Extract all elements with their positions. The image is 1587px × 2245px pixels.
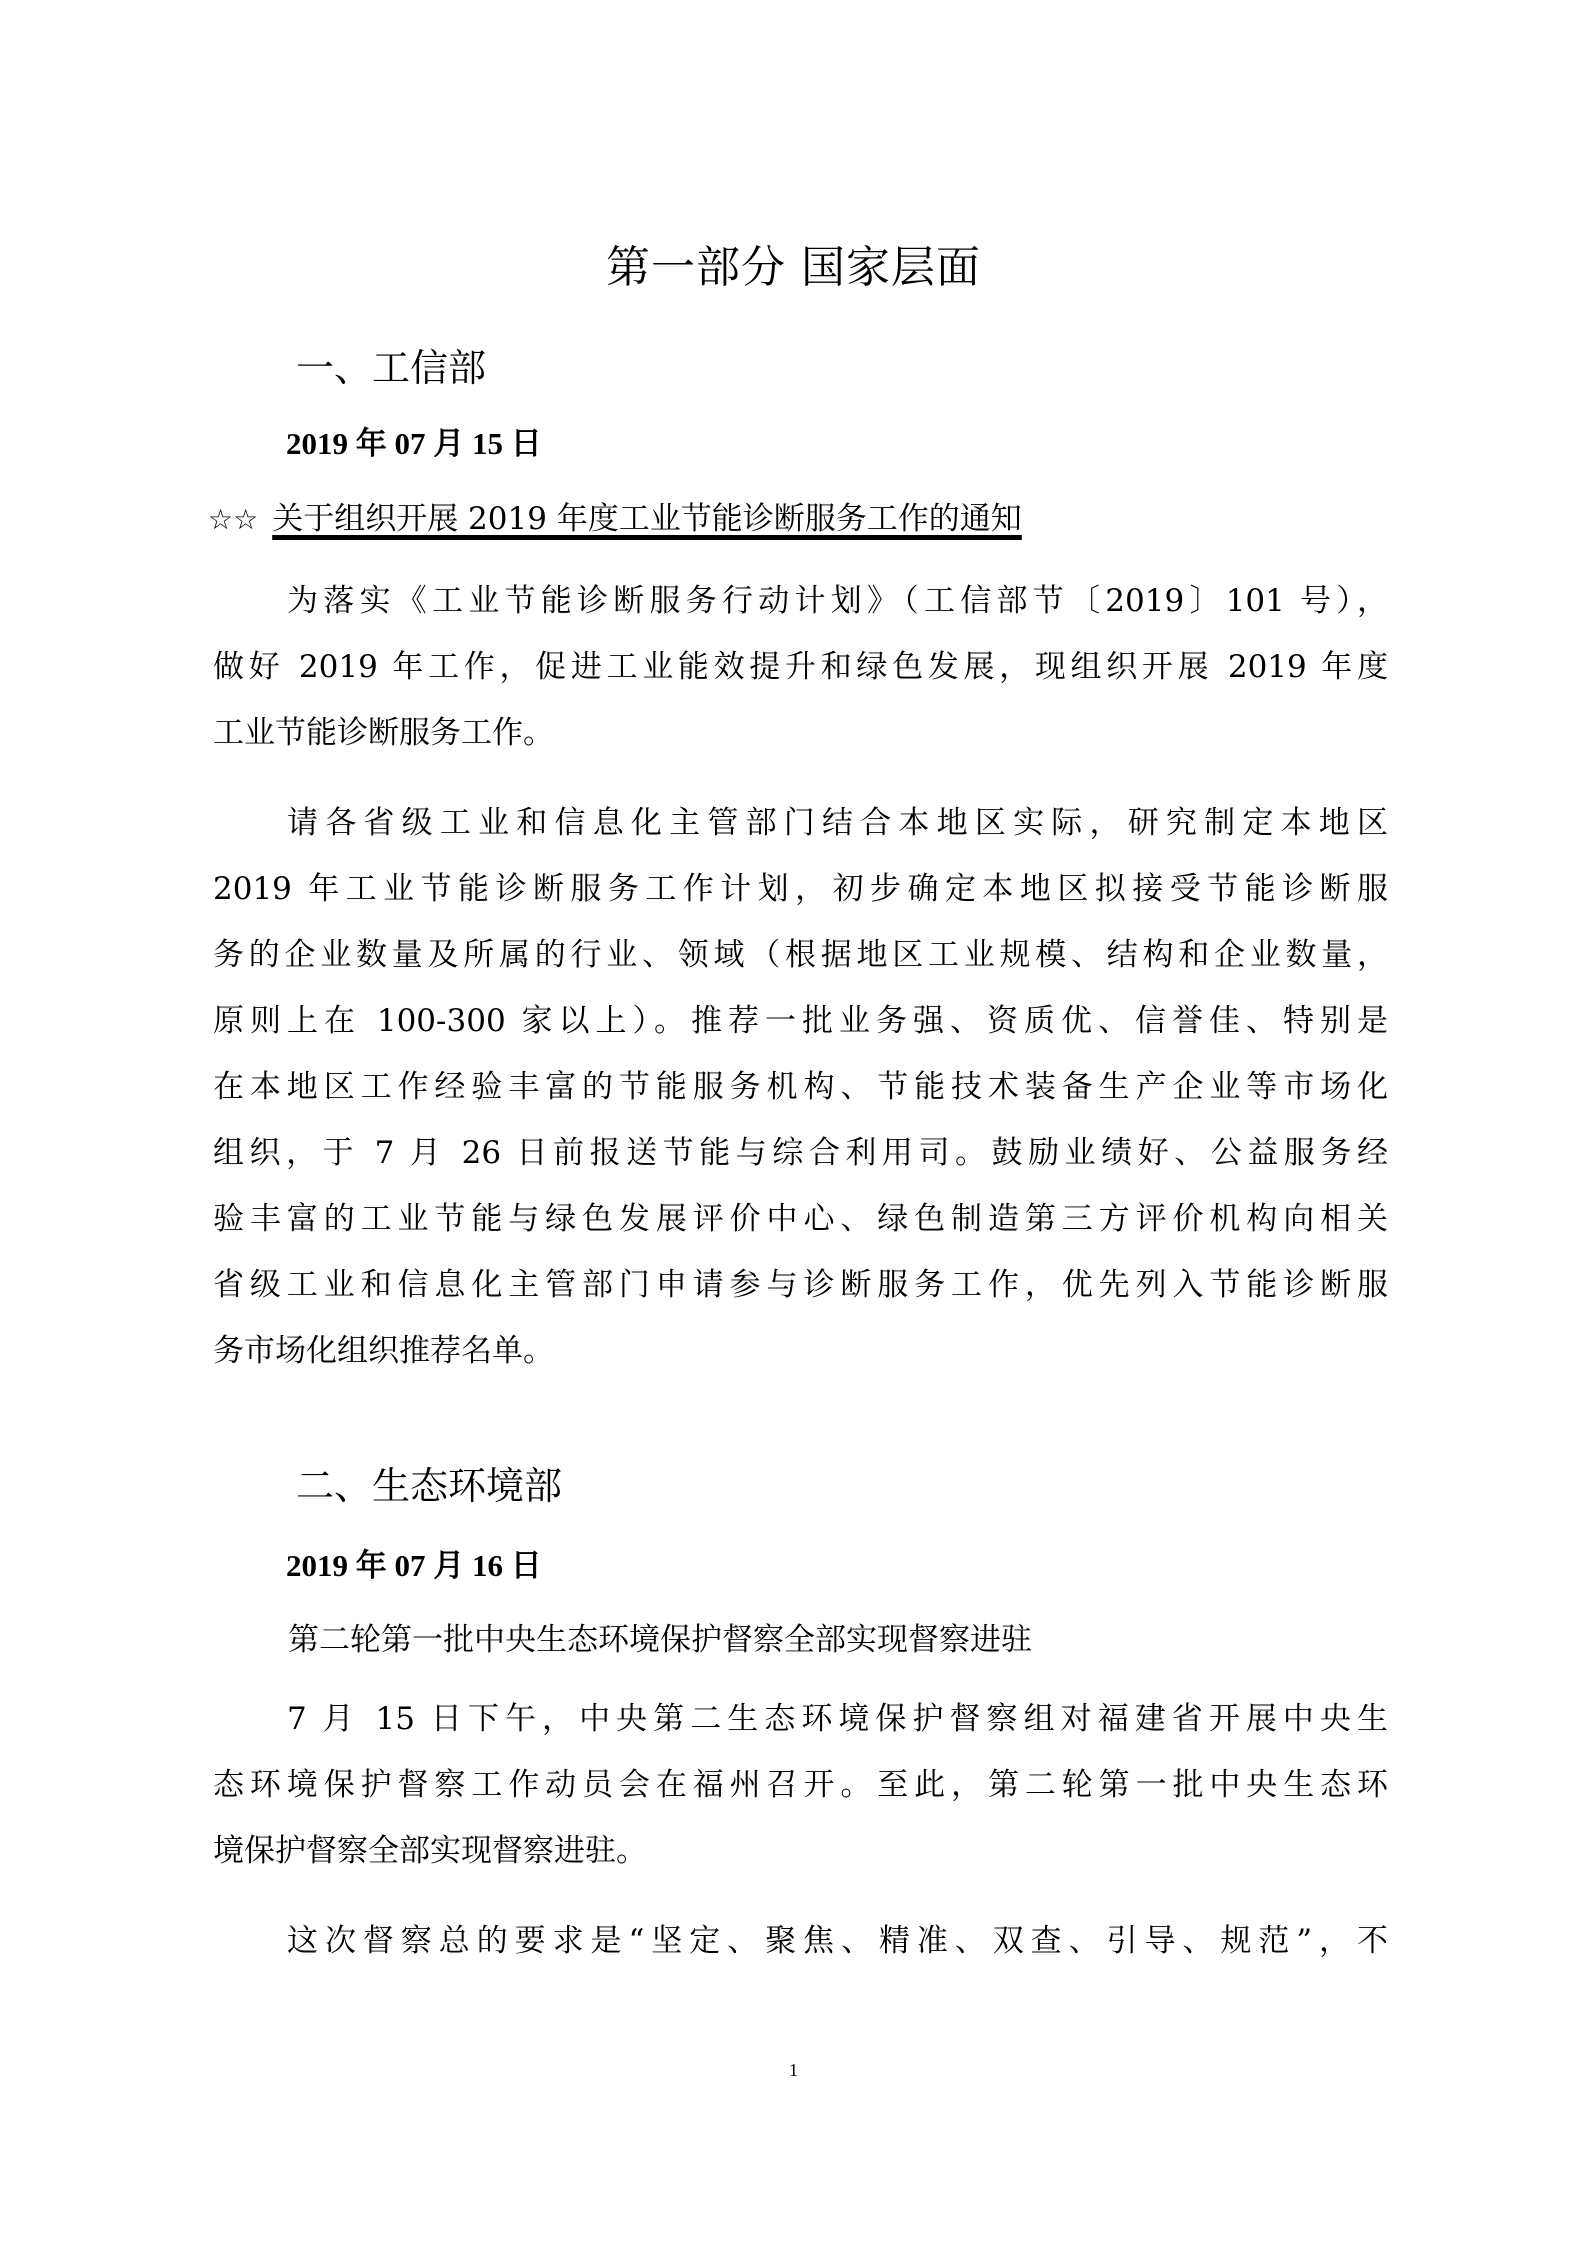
paragraph-line: 验丰富的工业节能与绿色发展评价中心、绿色制造第三方评价机构向相关: [213, 1186, 1388, 1252]
paragraph-line: 在本地区工作经验丰富的节能服务机构、节能技术装备生产企业等市场化: [213, 1054, 1388, 1120]
paragraph-line: 2019 年工业节能诊断服务工作计划，初步确定本地区拟接受节能诊断服: [213, 856, 1388, 922]
section-heading-mee: 二、生态环境部: [296, 1460, 562, 1512]
paragraph-line: 组织，于 7 月 26 日前报送节能与综合利用司。鼓励业绩好、公益服务经: [213, 1120, 1388, 1186]
paragraph-line: 务市场化组织推荐名单。: [213, 1318, 1388, 1384]
paragraph-line: 工业节能诊断服务工作。: [213, 700, 1388, 766]
paragraph-line: 为落实《工业节能诊断服务行动计划》（工信部节〔2019〕101 号），: [213, 568, 1388, 634]
star-icon: ☆☆: [208, 503, 258, 536]
document-page: 第一部分 国家层面 一、工信部 2019 年 07 月 15 日 ☆☆关于组织开…: [0, 0, 1587, 2245]
date-line: 2019 年 07 月 15 日: [286, 422, 542, 466]
page-number: 1: [0, 2058, 1587, 2082]
paragraph: 为落实《工业节能诊断服务行动计划》（工信部节〔2019〕101 号）， 做好 2…: [213, 568, 1388, 766]
date-line: 2019 年 07 月 16 日: [286, 1544, 542, 1588]
paragraph-line: 态环境保护督察工作动员会在福州召开。至此，第二轮第一批中央生态环: [213, 1752, 1388, 1818]
paragraph: 7 月 15 日下午，中央第二生态环境保护督察组对福建省开展中央生 态环境保护督…: [213, 1686, 1388, 1884]
section-heading-miit: 一、工信部: [296, 342, 486, 394]
paragraph-line: 务的企业数量及所属的行业、领域（根据地区工业规模、结构和企业数量，: [213, 922, 1388, 988]
paragraph: 请各省级工业和信息化主管部门结合本地区实际，研究制定本地区 2019 年工业节能…: [213, 790, 1388, 1384]
paragraph: 这次督察总的要求是“坚定、聚焦、精准、双查、引导、规范”，不: [213, 1908, 1388, 1974]
paragraph-line: 这次督察总的要求是“坚定、聚焦、精准、双查、引导、规范”，不: [213, 1908, 1388, 1974]
paragraph-line: 7 月 15 日下午，中央第二生态环境保护督察组对福建省开展中央生: [213, 1686, 1388, 1752]
part-title: 第一部分 国家层面: [0, 238, 1587, 298]
notice-title-link[interactable]: 关于组织开展 2019 年度工业节能诊断服务工作的通知: [272, 501, 1022, 537]
paragraph-line: 原则上在 100-300 家以上）。推荐一批业务强、资质优、信誉佳、特别是: [213, 988, 1388, 1054]
paragraph-line: 做好 2019 年工作，促进工业能效提升和绿色发展，现组织开展 2019 年度: [213, 634, 1388, 700]
notice-title[interactable]: ☆☆关于组织开展 2019 年度工业节能诊断服务工作的通知: [208, 497, 1022, 542]
paragraph-line: 请各省级工业和信息化主管部门结合本地区实际，研究制定本地区: [213, 790, 1388, 856]
news-sub-heading: 第二轮第一批中央生态环境保护督察全部实现督察进驻: [288, 1618, 1032, 1662]
paragraph-line: 省级工业和信息化主管部门申请参与诊断服务工作，优先列入节能诊断服: [213, 1252, 1388, 1318]
paragraph-line: 境保护督察全部实现督察进驻。: [213, 1818, 1388, 1884]
